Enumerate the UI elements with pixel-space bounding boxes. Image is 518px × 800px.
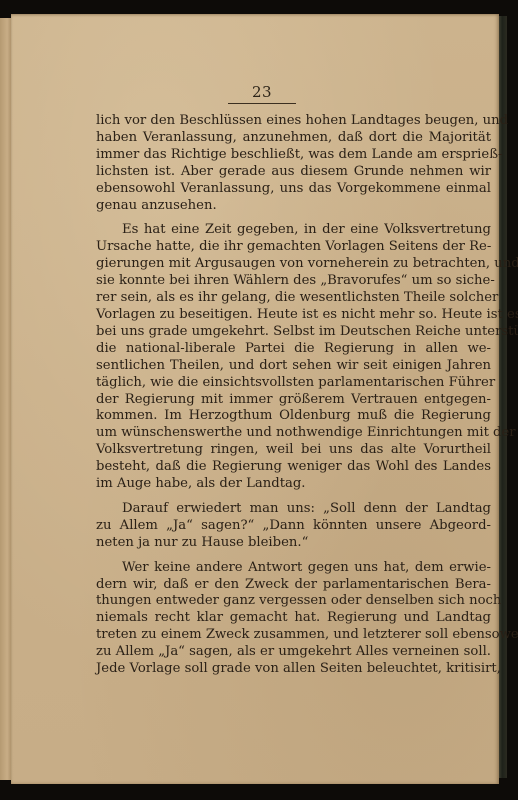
text-line: besteht, daß die Regierung weniger das W…: [96, 459, 491, 476]
text-line: niemals recht klar gemacht hat. Regierun…: [96, 610, 491, 627]
text-line: um wünschenswerthe und nothwendige Einri…: [96, 425, 491, 442]
text-line: haben Veranlassung, anzunehmen, daß dort…: [96, 130, 491, 147]
text-line: genau anzusehen.: [96, 198, 491, 215]
text-line: Ursache hatte, die ihr gemachten Vorlage…: [96, 239, 491, 256]
text-line: Volksvertretung ringen, weil bei uns das…: [96, 442, 491, 459]
text-line: sentlichen Theilen, und dort sehen wir s…: [96, 358, 491, 375]
header-rule: [228, 103, 296, 104]
text-line: täglich, wie die einsichtsvollsten parla…: [96, 375, 491, 392]
text-line: im Auge habe, als der Landtag.: [96, 476, 491, 493]
paragraph-2: Es hat eine Zeit gegeben, in der eine Vo…: [96, 222, 491, 493]
text-line: zu Allem „Ja“ sagen, als er umgekehrt Al…: [96, 644, 491, 661]
text-line: der Regierung mit immer größerem Vertrau…: [96, 392, 491, 409]
text-line: neten ja nur zu Hause bleiben.“: [96, 535, 491, 552]
text-line: Darauf erwiedert man uns: „Soll denn der…: [96, 501, 491, 518]
text-line: Vorlagen zu beseitigen. Heute ist es nic…: [96, 307, 491, 324]
text-line: rer sein, als es ihr gelang, die wesentl…: [96, 290, 491, 307]
paragraph-3: Darauf erwiedert man uns: „Soll denn der…: [96, 501, 491, 552]
paragraph-1: lich vor den Beschlüssen eines hohen Lan…: [96, 113, 491, 214]
text-line: Jede Vorlage soll grade von allen Seiten…: [96, 661, 491, 678]
page-header: 23: [228, 84, 296, 104]
text-line: dern wir, daß er den Zweck der parlament…: [96, 577, 491, 594]
text-line: lichsten ist. Aber gerade aus diesem Gru…: [96, 164, 491, 181]
text-line: sie konnte bei ihren Wählern des „Bravor…: [96, 273, 491, 290]
text-line: thungen entweder ganz vergessen oder den…: [96, 593, 491, 610]
text-line: Es hat eine Zeit gegeben, in der eine Vo…: [96, 222, 491, 239]
text-line: ebensowohl Veranlassung, uns das Vorgeko…: [96, 181, 491, 198]
text-line: kommen. Im Herzogthum Oldenburg muß die …: [96, 408, 491, 425]
text-line: immer das Richtige beschließt, was dem L…: [96, 147, 491, 164]
text-line: bei uns grade umgekehrt. Selbst im Deuts…: [96, 324, 491, 341]
paragraph-4: Wer keine andere Antwort gegen uns hat, …: [96, 560, 491, 678]
text-line: treten zu einem Zweck zusammen, und letz…: [96, 627, 491, 644]
text-line: lich vor den Beschlüssen eines hohen Lan…: [96, 113, 491, 130]
text-line: die national-liberale Partei die Regieru…: [96, 341, 491, 358]
text-line: Wer keine andere Antwort gegen uns hat, …: [96, 560, 491, 577]
page-number: 23: [228, 84, 296, 100]
text-line: gierungen mit Argusaugen von vorneherein…: [96, 256, 491, 273]
page-body: lich vor den Beschlüssen eines hohen Lan…: [96, 113, 491, 686]
text-line: zu Allem „Ja“ sagen?“ „Dann könnten unse…: [96, 518, 491, 535]
